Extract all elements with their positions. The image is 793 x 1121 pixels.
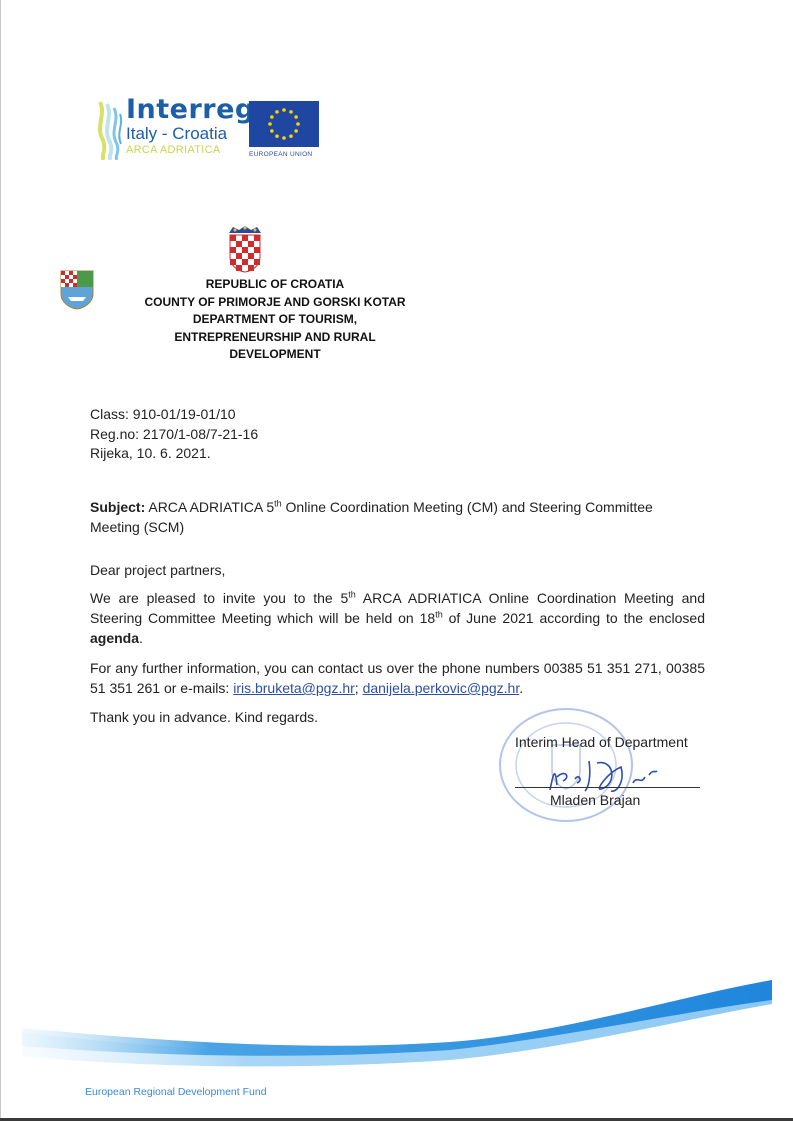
paragraph-text: of June 2021 according to the enclosed [443, 610, 705, 626]
letterhead-line: DEPARTMENT OF TOURISM, [110, 311, 440, 329]
ordinal-suffix: th [348, 589, 356, 599]
letter-page: Interreg Italy - Croatia ARCA ADRIATICA … [0, 0, 793, 1121]
page-edge [0, 0, 1, 1121]
place-date: Rijeka, 10. 6. 2021. [90, 444, 258, 464]
separator: ; [355, 680, 363, 696]
letterhead: REPUBLIC OF CROATIA COUNTY OF PRIMORJE A… [110, 276, 440, 364]
footer-swoosh-graphic [0, 960, 793, 1080]
interreg-title: Interreg [126, 94, 255, 125]
eu-flag-icon [249, 101, 319, 147]
signature-line [515, 787, 700, 788]
registration-number: Reg.no: 2170/1-08/7-21-16 [90, 425, 258, 445]
croatia-coat-of-arms-icon [227, 225, 263, 273]
primorje-gorski-kotar-coat-of-arms-icon [60, 270, 94, 310]
email-link-iris[interactable]: iris.bruketa@pgz.hr [233, 680, 355, 696]
eu-caption: EUROPEAN UNION [249, 151, 312, 158]
footer-text: European Regional Development Fund [85, 1086, 267, 1098]
subject-text: ARCA ADRIATICA 5 [145, 499, 274, 515]
paragraph-text: . [139, 630, 143, 646]
letterhead-line: COUNTY OF PRIMORJE AND GORSKI KOTAR [110, 294, 440, 312]
letterhead-line: ENTREPRENEURSHIP AND RURAL [110, 329, 440, 347]
paragraph-text: . [519, 680, 523, 696]
agenda-emphasis: agenda [90, 630, 139, 646]
document-meta: Class: 910-01/19-01/10 Reg.no: 2170/1-08… [90, 405, 258, 464]
ordinal-suffix: th [274, 498, 282, 508]
subject-label: Subject: [90, 499, 145, 515]
signatory-name: Mladen Brajan [550, 792, 640, 808]
contact-paragraph: For any further information, you can con… [90, 658, 705, 698]
subject-line: Subject: ARCA ADRIATICA 5th Online Coord… [90, 497, 705, 537]
letterhead-line: REPUBLIC OF CROATIA [110, 276, 440, 294]
invitation-paragraph: We are pleased to invite you to the 5th … [90, 588, 705, 648]
ordinal-suffix: th [435, 609, 443, 619]
class-number: Class: 910-01/19-01/10 [90, 405, 258, 425]
letterhead-line: DEVELOPMENT [110, 346, 440, 364]
signatory-title: Interim Head of Department [515, 734, 688, 750]
program-name: Italy - Croatia [126, 124, 227, 144]
email-link-danijela[interactable]: danijela.perkovic@pgz.hr [363, 680, 520, 696]
interreg-waves-icon [96, 100, 124, 160]
paragraph-text: We are pleased to invite you to the 5 [90, 590, 348, 606]
handwritten-signature-icon [545, 755, 695, 795]
greeting: Dear project partners, [90, 560, 705, 580]
project-name: ARCA ADRIATICA [126, 144, 220, 156]
